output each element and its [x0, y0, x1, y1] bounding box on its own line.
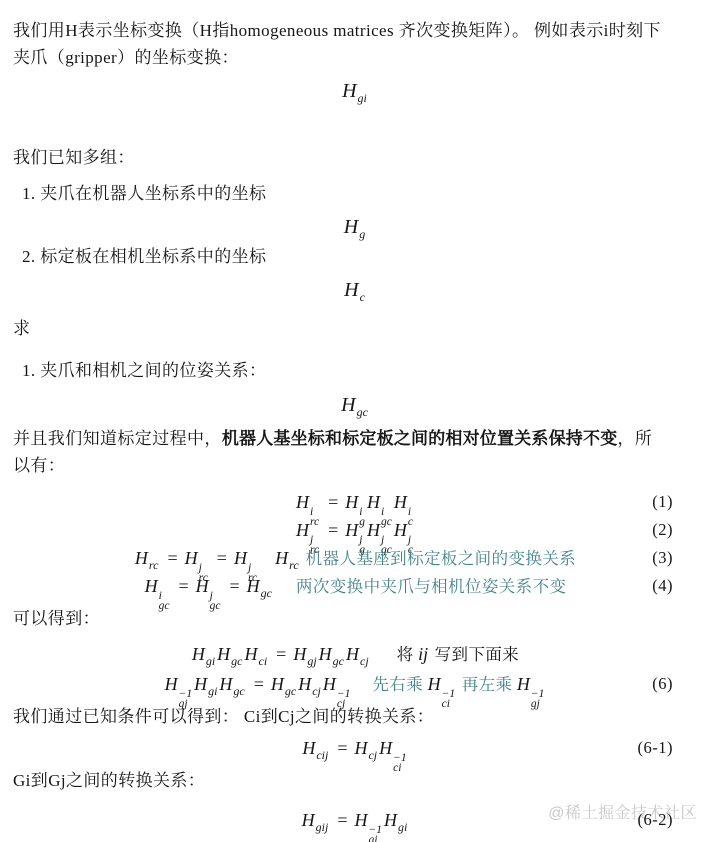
formula-gripper-camera-pose: Hgc: [0, 391, 711, 419]
constraint-paragraph: 并且我们知道标定过程中，机器人基坐标和标定板之间的相对位置关系保持不变，所 以有…: [13, 425, 701, 479]
equation-6-1-math: Hcij=HcjH−1ci: [302, 738, 408, 758]
constraint-normal-2: ，所: [617, 429, 652, 448]
known-item-1: 1. 夹爪在机器人坐标系中的坐标: [22, 180, 701, 207]
equation-4: Higc=Hjgc=Hgc两次变换中夹爪与相机位姿关系不变 (4): [0, 572, 711, 600]
constraint-line-2: 以有：: [13, 452, 701, 479]
equation-6-math: H−1gjHgiHgc=HgcHcjH−1cj先右乘 H−1ci 再左乘 H−1…: [165, 674, 547, 694]
math-H-gi: Hgi: [342, 80, 369, 102]
constraint-line-1: 并且我们知道标定过程中，机器人基坐标和标定板之间的相对位置关系保持不变，所: [13, 425, 701, 452]
formula-gripper-transform: Hgi: [0, 77, 711, 105]
known-groups-heading: 我们已知多组：: [13, 144, 701, 171]
solve-item-1: 1. 夹爪和相机之间的位姿关系：: [22, 357, 701, 384]
derive-heading: 可以得到：: [13, 605, 701, 632]
equation-1-math: Hirc=HigHigcHic: [296, 492, 415, 512]
solve-heading: 求: [13, 315, 701, 342]
equation-3: Hrc=Hjrc=HjrcHrc机器人基座到标定板之间的变换关系 (3): [0, 544, 711, 572]
equation-6-2-number: (6-2): [638, 806, 673, 834]
equation-1-number: (1): [652, 488, 673, 516]
document-page: 我们用H表示坐标变换（H指homogeneous matrices 齐次变换矩阵…: [0, 0, 711, 842]
intro-paragraph: 我们用H表示坐标变换（H指homogeneous matrices 齐次变换矩阵…: [13, 17, 701, 71]
equation-6: H−1gjHgiHgc=HgcHcjH−1cj先右乘 H−1ci 再左乘 H−1…: [0, 670, 711, 698]
known-item-2: 2. 标定板在相机坐标系中的坐标: [22, 243, 701, 270]
equation-4-math: Higc=Hjgc=Hgc两次变换中夹爪与相机位姿关系不变: [145, 576, 567, 596]
math-H-gc: Hgc: [341, 394, 370, 416]
intro-line-1: 我们用H表示坐标变换（H指homogeneous matrices 齐次变换矩阵…: [13, 17, 701, 44]
ci-cj-paragraph: 我们通过已知条件可以得到： Ci到Cj之间的转换关系：: [13, 703, 701, 730]
equation-6-2-math: Hgij=H−1gjHgi: [302, 810, 410, 830]
math-H-g: Hg: [344, 216, 367, 238]
equation-5-math: HgiHgcHci=HgjHgcHcj将 ij 写到下面来: [192, 644, 519, 664]
math-H-c: Hc: [344, 279, 367, 301]
formula-gripper-pose: Hg: [0, 213, 711, 241]
equation-6-2: Hgij=H−1gjHgi (6-2): [0, 806, 711, 834]
equation-6-1-number: (6-1): [638, 734, 673, 762]
equation-3-number: (3): [652, 544, 673, 572]
equation-2-math: Hjrc=HjgHjgcHjc: [296, 520, 415, 540]
equation-2: Hjrc=HjgHjgcHjc (2): [0, 516, 711, 544]
equation-6-number: (6): [652, 670, 673, 698]
gi-gj-paragraph: Gi到Gj之间的转换关系：: [13, 767, 701, 794]
intro-line-2: 夹爪（gripper）的坐标变换：: [13, 44, 701, 71]
constraint-bold: 机器人基坐标和标定板之间的相对位置关系保持不变: [222, 429, 618, 448]
equation-5: HgiHgcHci=HgjHgcHcj将 ij 写到下面来: [0, 640, 711, 668]
formula-camera-pose: Hc: [0, 276, 711, 304]
equation-6-1: Hcij=HcjH−1ci (6-1): [0, 734, 711, 762]
equation-3-math: Hrc=Hjrc=HjrcHrc机器人基座到标定板之间的变换关系: [135, 548, 576, 568]
constraint-normal-1: 并且我们知道标定过程中，: [13, 429, 222, 448]
equation-1: Hirc=HigHigcHic (1): [0, 488, 711, 516]
equation-4-number: (4): [652, 572, 673, 600]
equation-2-number: (2): [652, 516, 673, 544]
